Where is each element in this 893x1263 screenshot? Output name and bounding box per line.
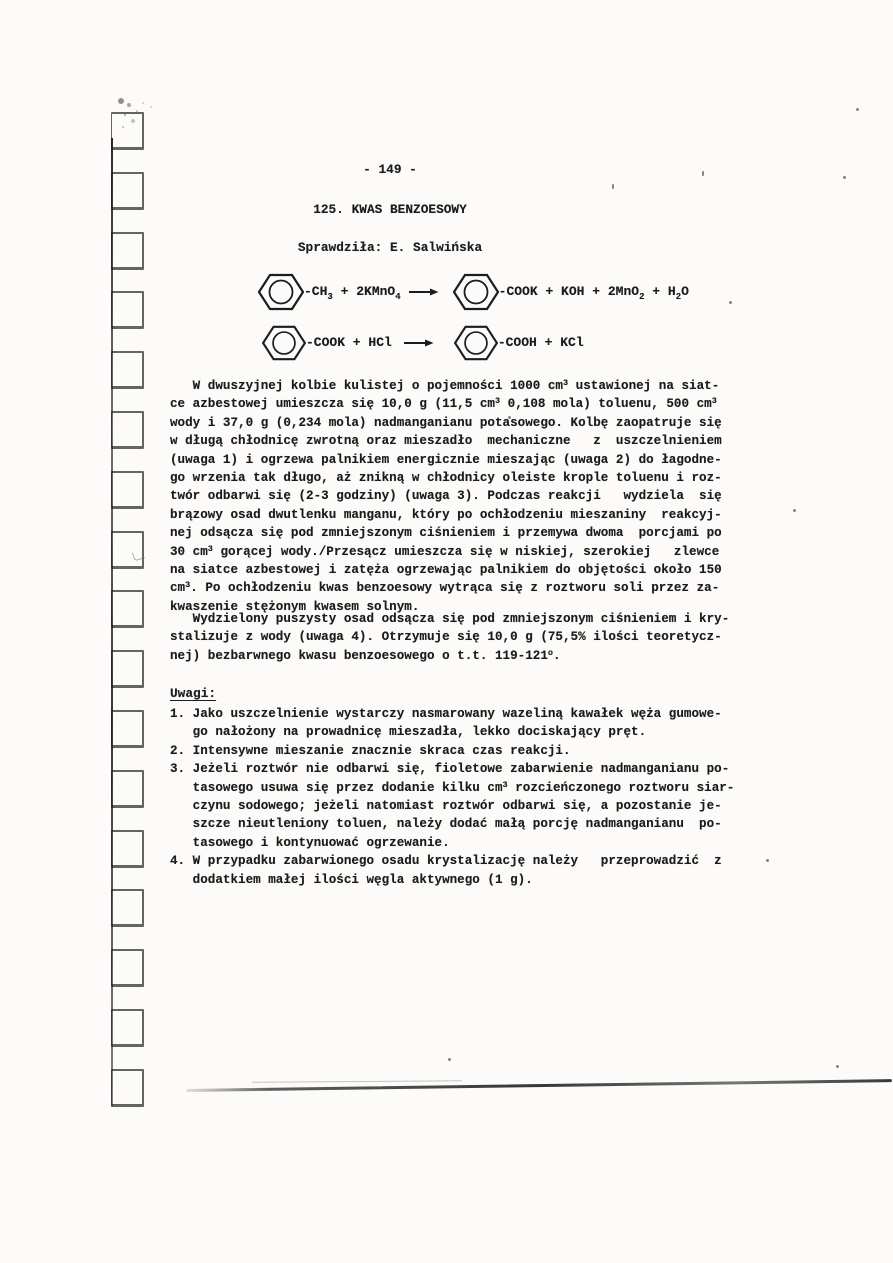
scanned-document-page: - 149 - 125. KWAS BENZOESOWY Sprawdziła:… xyxy=(0,0,893,1263)
binding-hole xyxy=(111,471,144,509)
text-line: wody i 37,0 g (0,234 mola) nadmanganianu… xyxy=(170,414,760,432)
binding-hole xyxy=(111,830,144,868)
binding-hole xyxy=(111,351,144,389)
page-number: - 149 - xyxy=(170,160,610,178)
text-line: cm3. Po ochłodzeniu kwas benzoesowy wytr… xyxy=(170,579,760,597)
note-item-continuation: szcze nieutleniony toluen, należy dodać … xyxy=(170,815,760,833)
binding-hole xyxy=(111,411,144,449)
reaction-arrow-icon xyxy=(409,287,439,297)
text-line: twór odbarwi się (2-3 godziny) (uwaga 3)… xyxy=(170,487,760,505)
notes-heading: Uwagi: xyxy=(170,686,216,702)
text-line: na siatce azbestowej i zatęża ogrzewając… xyxy=(170,561,760,579)
note-item: 4. W przypadku zabarwionego osadu krysta… xyxy=(170,852,760,870)
reaction-equation-2: -COOK + HCl -COOH + KCl xyxy=(262,324,584,362)
binding-hole xyxy=(111,172,144,210)
note-item-continuation: tasowego i kontynuować ogrzewanie. xyxy=(170,834,760,852)
binding-hole xyxy=(111,112,144,150)
binding-hole xyxy=(111,291,144,329)
binding-hole xyxy=(111,710,144,748)
reaction-arrow-icon xyxy=(404,338,434,348)
binding-hole xyxy=(111,1069,144,1107)
binding-hole xyxy=(111,1009,144,1047)
scan-smudge xyxy=(118,98,124,104)
note-item: 2. Intensywne mieszanie znacznie skraca … xyxy=(170,742,760,760)
binding-hole xyxy=(111,650,144,688)
binding-hole xyxy=(111,770,144,808)
equation-reactants: -COOK + HCl xyxy=(306,335,392,351)
text-line: stalizuje z wody (uwaga 4). Otrzymuje si… xyxy=(170,628,760,646)
equation-reactants: -CH3 + 2KMnO4 xyxy=(304,284,401,300)
benzene-ring-icon xyxy=(453,272,499,312)
notes-list: 1. Jako uszczelnienie wystarczy nasmarow… xyxy=(170,705,760,889)
scan-speck xyxy=(766,859,769,862)
note-item: 1. Jako uszczelnienie wystarczy nasmarow… xyxy=(170,705,760,723)
text-line: nej odsącza się pod zmniejszonym ciśnien… xyxy=(170,524,760,542)
scan-speck xyxy=(612,184,614,189)
binding-hole xyxy=(111,889,144,927)
text-line: 30 cm3 gorącej wody./Przesącz umieszcza … xyxy=(170,543,760,561)
text-line: brązowy osad dwutlenku manganu, który po… xyxy=(170,506,760,524)
scan-speck xyxy=(448,1058,451,1061)
text-line: w długą chłodnicę zwrotną oraz mieszadło… xyxy=(170,432,760,450)
note-item-continuation: czynu sodowego; jeżeli natomiast roztwór… xyxy=(170,797,760,815)
note-item-continuation: tasowego usuwa się przez dodanie kilku c… xyxy=(170,779,760,797)
text-line: go wrzenia tak długo, aż znikną w chłodn… xyxy=(170,469,760,487)
procedure-paragraph-2: Wydzielony puszysty osad odsącza się pod… xyxy=(170,610,760,665)
equation-products: -COOK + KOH + 2MnO2 + H2O xyxy=(499,284,689,300)
text-line: (uwaga 1) i ogrzewa palnikiem energiczni… xyxy=(170,451,760,469)
equation-products: -COOH + KCl xyxy=(498,335,584,351)
procedure-paragraph-1: W dwuszyjnej kolbie kulistej o pojemnośc… xyxy=(170,377,760,616)
binding-hole xyxy=(111,590,144,628)
scan-speck xyxy=(836,1065,839,1068)
scan-speck xyxy=(702,171,704,176)
note-item-continuation: dodatkiem małej ilości węgla aktywnego (… xyxy=(170,871,760,889)
text-line: ce azbestowej umieszcza się 10,0 g (11,5… xyxy=(170,395,760,413)
binding-hole xyxy=(111,949,144,987)
text-line: Wydzielony puszysty osad odsącza się pod… xyxy=(170,610,760,628)
scan-bottom-edge-faint xyxy=(252,1080,462,1082)
checked-by-line: Sprawdziła: E. Salwińska xyxy=(170,238,610,256)
reaction-equation-1: -CH3 + 2KMnO4 -COOK + KOH + 2MnO2 + H2O xyxy=(258,272,689,312)
scan-speck xyxy=(508,416,511,419)
benzene-ring-icon xyxy=(262,324,306,362)
scan-speck xyxy=(856,108,859,111)
scan-speck xyxy=(793,509,796,512)
scan-speck xyxy=(729,301,732,304)
binding-hole xyxy=(111,232,144,270)
note-item: 3. Jeżeli roztwór nie odbarwi się, fiole… xyxy=(170,760,760,778)
text-line: nej) bezbarwnego kwasu benzoesowego o t.… xyxy=(170,647,760,665)
scan-speck xyxy=(843,176,846,179)
text-line: W dwuszyjnej kolbie kulistej o pojemnośc… xyxy=(170,377,760,395)
page-title: 125. KWAS BENZOESOWY xyxy=(170,200,610,218)
benzene-ring-icon xyxy=(258,272,304,312)
benzene-ring-icon xyxy=(454,324,498,362)
note-item-continuation: go nałożony na prowadnicę mieszadła, lek… xyxy=(170,723,760,741)
